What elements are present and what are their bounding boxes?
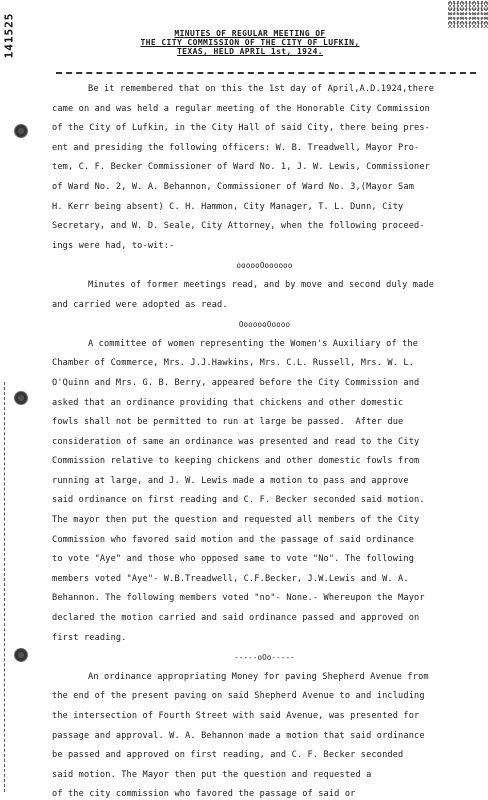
text-line: consideration of same an ordinance was p… xyxy=(52,433,477,453)
text-line: Be it remembered that on this the 1st da… xyxy=(52,80,477,100)
text-line: A committee of women representing the Wo… xyxy=(52,335,477,355)
text-line: Commission relative to keeping chickens … xyxy=(52,452,477,472)
text-line: of the city commission who favored the p… xyxy=(52,785,477,800)
minutes-body: Be it remembered that on this the 1st da… xyxy=(52,80,477,800)
text-line: of the City of Lufkin, in the City Hall … xyxy=(52,119,477,139)
text-line: of Ward No. 2, W. A. Behannon, Commissio… xyxy=(52,178,477,198)
side-stamp: 141525 xyxy=(2,4,16,66)
punch-hole-icon xyxy=(14,391,28,405)
scan-noise xyxy=(448,0,488,28)
section-separator: OoooooOoooo xyxy=(52,315,477,335)
text-line: Behannon. The following members voted "n… xyxy=(52,589,477,609)
text-line: declared the motion carried and said ord… xyxy=(52,609,477,629)
text-line: asked that an ordinance providing that c… xyxy=(52,394,477,414)
section-separator: -----oOo----- xyxy=(52,648,477,668)
punch-hole-icon xyxy=(14,648,28,662)
margin-rule xyxy=(4,382,5,792)
text-line: said motion. The Mayor then put the ques… xyxy=(52,766,477,786)
header-line-2: THE CITY COMMISSION OF THE CITY OF LUFKI… xyxy=(60,38,440,47)
text-line: The mayor then put the question and requ… xyxy=(52,511,477,531)
text-line: fowls shall not be permitted to run at l… xyxy=(52,413,477,433)
document-header: MINUTES OF REGULAR MEETING OF THE CITY C… xyxy=(60,29,440,56)
text-line: An ordinance appropriating Money for pav… xyxy=(52,668,477,688)
text-line: first reading. xyxy=(52,629,477,649)
text-line: to vote "Aye" and those who opposed same… xyxy=(52,550,477,570)
document-page: 141525 MINUTES OF REGULAR MEETING OF THE… xyxy=(0,0,488,800)
punch-hole-icon xyxy=(14,124,28,138)
section-separator: oooooOoooooo xyxy=(52,256,477,276)
header-divider xyxy=(56,72,476,74)
text-line: came on and was held a regular meeting o… xyxy=(52,100,477,120)
text-line: passage and approval. W. A. Behannon mad… xyxy=(52,727,477,747)
text-line: tem, C. F. Becker Commissioner of Ward N… xyxy=(52,158,477,178)
header-line-1: MINUTES OF REGULAR MEETING OF xyxy=(60,29,440,38)
text-line: the end of the present paving on said Sh… xyxy=(52,687,477,707)
text-line: the intersection of Fourth Street with s… xyxy=(52,707,477,727)
side-stamp-number: 141525 xyxy=(3,12,16,58)
text-line: Commission who favored said motion and t… xyxy=(52,531,477,551)
text-line: be passed and approved on first reading,… xyxy=(52,746,477,766)
header-line-3: TEXAS, HELD APRIL 1st, 1924. xyxy=(60,47,440,56)
text-line: ent and presiding the following officers… xyxy=(52,139,477,159)
text-line: and carried were adopted as read. xyxy=(52,296,477,316)
text-line: members voted "Aye"- W.B.Treadwell, C.F.… xyxy=(52,570,477,590)
text-line: H. Kerr being absent) C. H. Hammon, City… xyxy=(52,198,477,218)
text-line: running at large, and J. W. Lewis made a… xyxy=(52,472,477,492)
text-line: O'Quinn and Mrs. G. B. Berry, appeared b… xyxy=(52,374,477,394)
text-line: Chamber of Commerce, Mrs. J.J.Hawkins, M… xyxy=(52,354,477,374)
text-line: said ordinance on first reading and C. F… xyxy=(52,491,477,511)
text-line: ings were had, to-wit:- xyxy=(52,237,477,257)
text-line: Secretary, and W. D. Seale, City Attorne… xyxy=(52,217,477,237)
text-line: Minutes of former meetings read, and by … xyxy=(52,276,477,296)
